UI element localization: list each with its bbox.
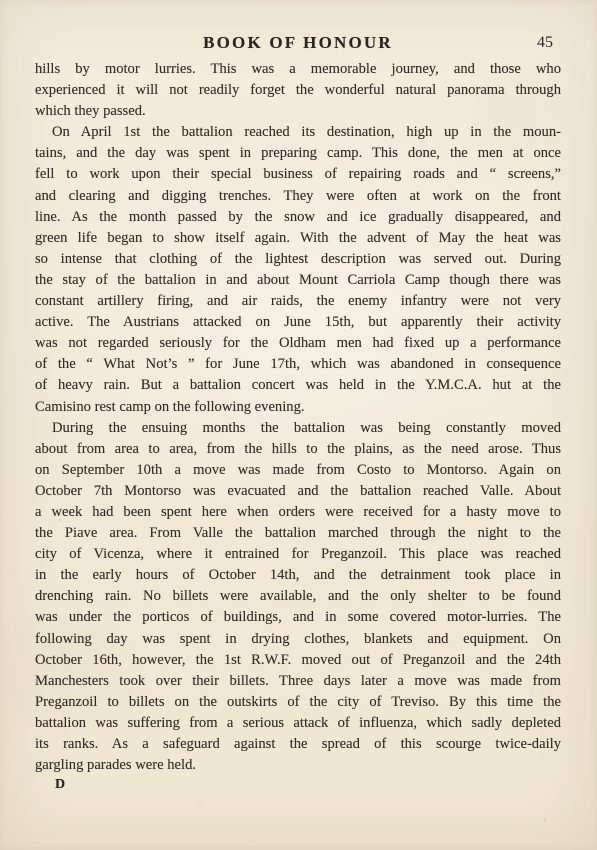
text-line: On April 1st the battalion reached its d… (35, 122, 561, 143)
text-line: following day was spent in drying clothe… (35, 629, 561, 650)
text-line: a week had been spent here when orders w… (35, 502, 561, 523)
text-line: was under the porticos of buildings, and… (35, 607, 561, 628)
text-line: on September 10th a move was made from C… (35, 460, 561, 481)
text-line: fell to work upon their special business… (35, 164, 561, 185)
running-title: BOOK OF HONOUR (35, 33, 561, 53)
text-line: experienced it will not readily forget t… (35, 80, 561, 101)
body-text: hills by motor lurries. This was a memor… (35, 59, 561, 820)
text-line: Manchesters took over their billets. Thr… (35, 671, 561, 692)
book-page: BOOK OF HONOUR 45 hills by motor lurries… (0, 0, 597, 850)
paragraph: hills by motor lurries. This was a memor… (35, 59, 561, 122)
paragraph: During the ensuing months the battalion … (35, 418, 561, 777)
text-line: October 16th, however, the 1st R.W.F. mo… (35, 650, 561, 671)
text-line: Camisino rest camp on the following even… (35, 397, 561, 418)
text-line: of heavy rain. But a battalion concert w… (35, 375, 561, 396)
text-line: in the early hours of October 14th, and … (35, 565, 561, 586)
text-line: was not regarded seriously for the Oldha… (35, 333, 561, 354)
text-line: tains, and the day was spent in preparin… (35, 143, 561, 164)
text-line: Preganzoil to billets on the outskirts o… (35, 692, 561, 713)
text-line: green life began to show itself again. W… (35, 228, 561, 249)
text-line: October 7th Montorso was evacuated and t… (35, 481, 561, 502)
text-line: During the ensuing months the battalion … (35, 418, 561, 439)
text-line: and clearing and digging trenches. They … (35, 186, 561, 207)
page-header: BOOK OF HONOUR 45 (35, 33, 561, 55)
text-line: hills by motor lurries. This was a memor… (35, 59, 561, 80)
signature-mark: D (55, 777, 66, 793)
text-line: the stay of the battalion in and about M… (35, 270, 561, 291)
text-line: which they passed. (35, 101, 561, 122)
text-line: drenching rain. No billets were availabl… (35, 586, 561, 607)
text-line: active. The Austrians attacked on June 1… (35, 312, 561, 333)
text-line: its ranks. As a safeguard against the sp… (35, 734, 561, 755)
paragraph: On April 1st the battalion reached its d… (35, 122, 561, 417)
text-line: gargling parades were held. (35, 755, 561, 776)
text-line: city of Vicenza, where it entrained for … (35, 544, 561, 565)
text-line: line. As the month passed by the snow an… (35, 207, 561, 228)
text-line: so intense that clothing of the lightest… (35, 249, 561, 270)
text-line: about from area to area, from the hills … (35, 439, 561, 460)
text-line: constant artillery firing, and air raids… (35, 291, 561, 312)
text-line: battalion was suffering from a serious a… (35, 713, 561, 734)
text-line: of the “ What Not’s ” for June 17th, whi… (35, 354, 561, 375)
text-line: the Piave area. From Valle the battalion… (35, 523, 561, 544)
page-number: 45 (537, 34, 553, 52)
